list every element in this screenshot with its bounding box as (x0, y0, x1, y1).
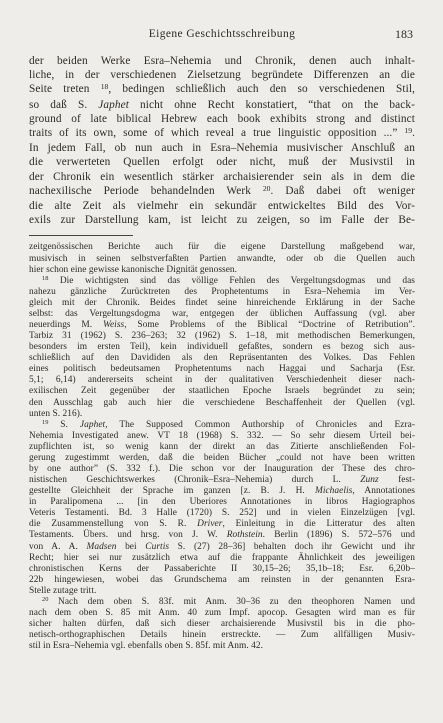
text-run: . Daß dabei oft weniger (271, 185, 415, 197)
text-line: von A. A. Madsen bei Curtis S. (27) 28–3… (29, 542, 415, 553)
text-run: fest- (379, 475, 415, 485)
text-run: hier schon eine gewisse kanonische Digni… (29, 265, 237, 275)
text-line: Seite treten 18, bedingen schließlich au… (29, 82, 415, 97)
text-line: sicher halten dürfen, daß sich dieser ar… (29, 619, 415, 630)
text-line: nahezu gänzliche Zurücktreten des Prophe… (29, 287, 415, 298)
text-line: die verwerteten Quellen erfolgt oder nic… (29, 155, 415, 169)
text-run: neuerdings M. (29, 320, 103, 330)
text-line: liche, in der verschiedenen Zielsetzung … (29, 68, 415, 82)
emphasized-text: Rothstein (227, 530, 263, 540)
emphasized-text: Driver (197, 519, 222, 529)
emphasized-text: Weiss (103, 320, 124, 330)
text-line: Veteris Testamenti. Bd. 3 Halle (1720) S… (29, 508, 415, 519)
text-line: neuerdings M. Weiss, Some Problems of th… (29, 320, 415, 331)
footnote-marker: 19 (42, 419, 48, 426)
text-run: die verwerteten Quellen erfolgt oder nic… (29, 156, 415, 168)
text-run: Nach dem oben S. 83f. mit Anm. 30–36 zu … (48, 597, 415, 607)
text-line: 18 Die wichtigsten sind das völlige Fehl… (29, 276, 415, 287)
text-run: , Einleitung in die Litteratur des alten (222, 519, 415, 529)
text-line: gleich mit der Chronik. Beides findet se… (29, 298, 415, 309)
book-page: Eigene Geschichtsschreibung 183 der beid… (0, 0, 443, 723)
text-line: zeitgenössischen Berichte auch für die e… (29, 242, 415, 253)
text-run: eines politisch bedeutsamen Prophetentum… (29, 364, 415, 374)
footnotes-section: zeitgenössischen Berichte auch für die e… (29, 242, 415, 652)
text-run: bei (116, 542, 145, 552)
text-run: schließlich auf den Davididen als den Re… (29, 353, 415, 363)
text-line: unten S. 216). (29, 409, 415, 420)
text-run: by one author” (S. 332 f.). Die schon vo… (29, 464, 415, 474)
text-line: so daß S. Japhet nicht ohne Recht konsta… (29, 98, 415, 112)
text-line: Stelle zutage tritt. (29, 586, 415, 597)
text-run: ground of late biblical Hebrew each book… (29, 113, 415, 125)
text-run: In jedem Fall, ob nun auch in Esra–Nehem… (29, 142, 415, 154)
text-run: S. (48, 420, 80, 430)
text-line: 22b hingewiesen, wobei das Grundschema a… (29, 575, 415, 586)
text-line: ground of late biblical Hebrew each book… (29, 112, 415, 126)
text-run: liche, in der verschiedenen Zielsetzung … (29, 69, 415, 81)
text-line: der beiden Werke Esra–Nehemia und Chroni… (29, 54, 415, 68)
text-line: eines politisch bedeutsamen Prophetentum… (29, 364, 415, 375)
footnote-marker: 18 (101, 82, 109, 91)
body-paragraph: der beiden Werke Esra–Nehemia und Chroni… (29, 54, 415, 227)
text-run: . (412, 127, 415, 139)
text-line: chronistischen Kerns der Passaberichte I… (29, 564, 415, 575)
emphasized-text: Japhet (98, 99, 129, 111)
text-run: so daß S. (29, 99, 98, 111)
text-run: von A. A. (29, 542, 86, 552)
text-line: schließlich auf den Davididen als den Re… (29, 353, 415, 364)
text-run: chronistischen Kerns der Passaberichte I… (29, 564, 415, 574)
text-run: Stelle zutage tritt. (29, 586, 96, 596)
footnote-20: 20 Nach dem oben S. 83f. mit Anm. 30–36 … (29, 597, 415, 652)
text-run: Seite treten (29, 83, 101, 95)
text-run: besonders im ersten Teil), kein individu… (29, 342, 415, 352)
footnote-marker: 20 (263, 184, 271, 193)
text-line: nachexilische Periode behandelnden Werk … (29, 184, 415, 199)
text-line: hier schon eine gewisse kanonische Digni… (29, 265, 415, 276)
text-run: selbst: das Vergeltungsdogma war, entgeg… (29, 309, 415, 319)
text-run: netisch-orthographischen Details hinein … (29, 630, 415, 640)
text-line: musivisch in seinen selbstverfaßten Part… (29, 254, 415, 265)
text-run: die alte Zeit als vielmehr ein sekundär … (29, 200, 415, 212)
text-line: gerung zugestimmt werden, daß die beiden… (29, 453, 415, 464)
emphasized-text: Madsen (86, 542, 116, 552)
text-line: In jedem Fall, ob nun auch in Esra–Nehem… (29, 141, 415, 155)
running-header: Eigene Geschichtsschreibung 183 (29, 27, 415, 41)
text-line: gestellte Gleichheit der Sprache im ganz… (29, 486, 415, 497)
footnote-marker: 19 (404, 126, 412, 135)
text-line: Tarbiz 31 (1962) S. 236–263; 32 (1962) S… (29, 331, 415, 342)
text-run: sicher halten dürfen, daß sich dieser ar… (29, 619, 415, 629)
text-run: gleich mit der Chronik. Beides findet se… (29, 298, 415, 308)
text-line: 19 S. Japhet, The Supposed Common Author… (29, 420, 415, 431)
text-line: zupflichten ist, so wenig kann der direk… (29, 442, 415, 453)
text-line: die alte Zeit als vielmehr ein sekundär … (29, 199, 415, 213)
text-run: nachexilische Periode behandelnden Werk (29, 185, 263, 197)
footnote-separator (29, 235, 133, 236)
text-run: Nehemia Investigated anew. VT 18 (1968) … (29, 431, 415, 441)
text-run: Die wichtigsten sind das völlige Fehlen … (48, 276, 415, 286)
main-text: der beiden Werke Esra–Nehemia und Chroni… (29, 54, 415, 227)
text-line: nistischen Geschichtswerkes (Chronik–Esr… (29, 475, 415, 486)
text-line: stil in Esra–Nehemia vgl. ebenfalls oben… (29, 641, 415, 652)
text-run: stil in Esra–Nehemia vgl. ebenfalls oben… (29, 641, 263, 651)
text-run: der Chronik ein wesentlich stärker archa… (29, 171, 415, 183)
text-run: , The Supposed Common Authorship of Chro… (105, 420, 415, 430)
text-line: die Zusammenstellung von S. R. Driver, E… (29, 519, 415, 530)
text-line: exils zur Darstellung kam, ist leicht zu… (29, 213, 415, 227)
footnote-19: 19 S. Japhet, The Supposed Common Author… (29, 420, 415, 597)
text-run: S. (27) 28–36] behalten doch ihr Gewicht… (169, 542, 415, 552)
text-run: in Paralipomena ... [in den Uberiores An… (29, 497, 415, 507)
text-run: 22b hingewiesen, wobei das Grundschema a… (29, 575, 415, 585)
text-run: Recht; hier sei nur zusätzlich etwa auf … (29, 553, 415, 563)
running-header-title: Eigene Geschichtsschreibung (29, 27, 415, 41)
text-run: , Annotationes (352, 486, 415, 496)
footnote-continuation: zeitgenössischen Berichte auch für die e… (29, 242, 415, 275)
text-run: den Ausschlag gab auch hier die verschie… (29, 398, 415, 408)
text-run: zupflichten ist, so wenig kann der direk… (29, 442, 415, 452)
text-run: Veteris Testamenti. Bd. 3 Halle (1720) S… (29, 508, 415, 518)
text-run: 5,1; 6,14) andererseits scheint in der q… (29, 375, 415, 385)
text-run: gerung zugestimmt werden, daß die beiden… (29, 453, 415, 463)
text-line: Recht; hier sei nur zusätzlich etwa auf … (29, 553, 415, 564)
text-line: 5,1; 6,14) andererseits scheint in der q… (29, 375, 415, 386)
text-line: Nehemia Investigated anew. VT 18 (1968) … (29, 431, 415, 442)
text-line: exilischen Zeit gegenüber der staatliche… (29, 386, 415, 397)
text-line: nach dem oben S. 85 mit Anm. 40 zum Impf… (29, 608, 415, 619)
text-run: gestellte Gleichheit der Sprache im ganz… (29, 486, 315, 496)
page-number: 183 (395, 27, 413, 41)
text-line: 20 Nach dem oben S. 83f. mit Anm. 30–36 … (29, 597, 415, 608)
text-run: exilischen Zeit gegenüber der staatliche… (29, 386, 415, 396)
text-line: besonders im ersten Teil), kein individu… (29, 342, 415, 353)
text-run: zeitgenössischen Berichte auch für die e… (29, 242, 415, 252)
text-run: . Berlin (1896) S. 572–576 und (263, 530, 415, 540)
text-run: traits of its own, some of which reveal … (29, 127, 404, 139)
text-run: der beiden Werke Esra–Nehemia und Chroni… (29, 55, 415, 67)
text-run: Testaments. Übers. und hrsg. von J. W. (29, 530, 227, 540)
text-line: Testaments. Übers. und hrsg. von J. W. R… (29, 530, 415, 541)
text-run: nach dem oben S. 85 mit Anm. 40 zum Impf… (29, 608, 415, 618)
text-run: , bedingen schließlich auch den so versc… (108, 83, 415, 95)
text-line: in Paralipomena ... [in den Uberiores An… (29, 497, 415, 508)
text-line: by one author” (S. 332 f.). Die schon vo… (29, 464, 415, 475)
text-run: musivisch in seinen selbstverfaßten Part… (29, 254, 415, 264)
text-line: netisch-orthographischen Details hinein … (29, 630, 415, 641)
text-run: nicht ohne Recht konstatiert, “that on t… (129, 99, 415, 111)
text-line: der Chronik ein wesentlich stärker archa… (29, 170, 415, 184)
emphasized-text: Japhet (80, 420, 105, 430)
text-run: , Some Problems of the Biblical “Doctrin… (124, 320, 415, 330)
emphasized-text: Zunz (360, 475, 378, 485)
text-line: traits of its own, some of which reveal … (29, 126, 415, 141)
text-run: die Zusammenstellung von S. R. (29, 519, 197, 529)
text-run: nistischen Geschichtswerkes (Chronik–Esr… (29, 475, 360, 485)
text-line: den Ausschlag gab auch hier die verschie… (29, 398, 415, 409)
text-line: selbst: das Vergeltungsdogma war, entgeg… (29, 309, 415, 320)
text-run: nahezu gänzliche Zurücktreten des Prophe… (29, 287, 415, 297)
text-run: Tarbiz 31 (1962) S. 236–263; 32 (1962) S… (29, 331, 415, 341)
footnote-marker: 18 (42, 275, 48, 282)
footnote-18: 18 Die wichtigsten sind das völlige Fehl… (29, 276, 415, 420)
text-run: unten S. 216). (29, 409, 82, 419)
emphasized-text: Michaelis (315, 486, 352, 496)
emphasized-text: Curtis (145, 542, 169, 552)
text-run: exils zur Darstellung kam, ist leicht zu… (29, 214, 415, 226)
footnote-marker: 20 (42, 596, 48, 603)
